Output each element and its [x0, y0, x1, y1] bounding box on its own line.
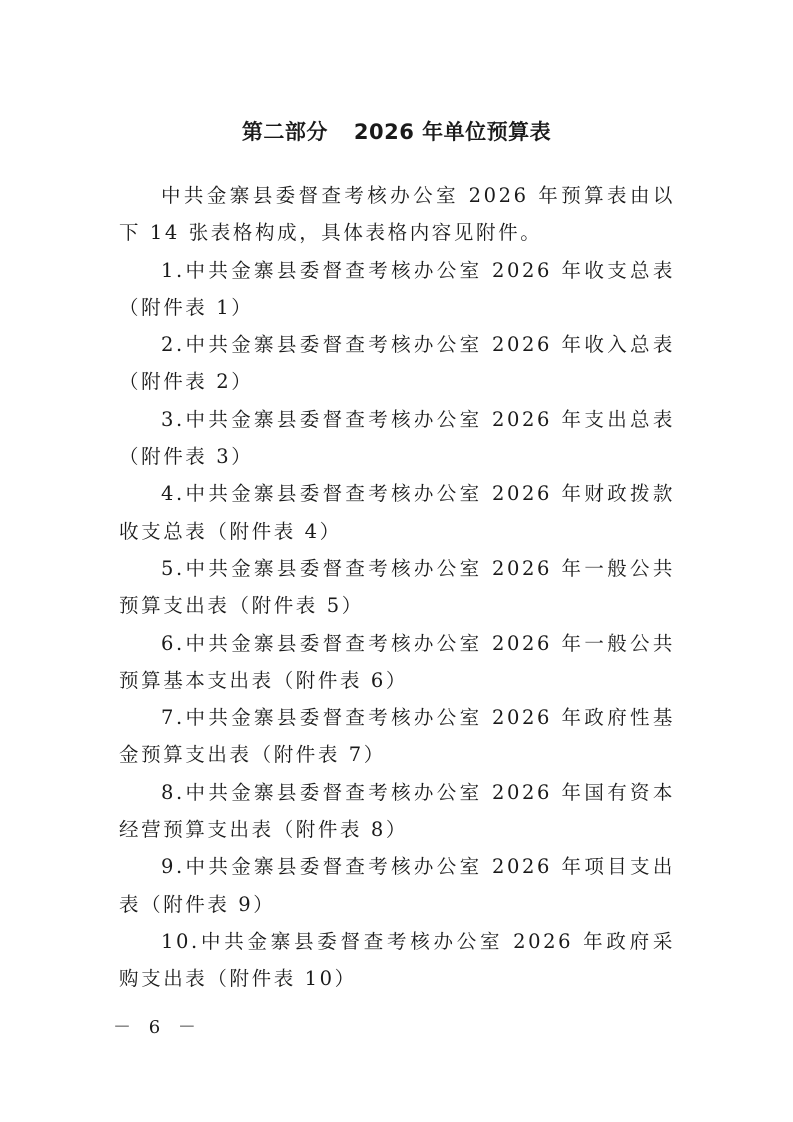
list-item: 4.中共金寨县委督查考核办公室 2026 年财政拨款收支总表（附件表 4） [119, 475, 675, 550]
list-item: 1.中共金寨县委督查考核办公室 2026 年收支总表（附件表 1） [119, 252, 675, 327]
list-item: 7.中共金寨县委督查考核办公室 2026 年政府性基金预算支出表（附件表 7） [119, 699, 675, 774]
list-item: 6.中共金寨县委督查考核办公室 2026 年一般公共预算基本支出表（附件表 6） [119, 625, 675, 700]
list-item: 8.中共金寨县委督查考核办公室 2026 年国有资本经营预算支出表（附件表 8） [119, 774, 675, 849]
list-item: 10.中共金寨县委督查考核办公室 2026 年政府采购支出表（附件表 10） [119, 923, 675, 998]
list-item: 2.中共金寨县委督查考核办公室 2026 年收入总表（附件表 2） [119, 326, 675, 401]
document-body: 中共金寨县委督查考核办公室 2026 年预算表由以下 14 张表格构成，具体表格… [119, 177, 675, 998]
title-main: 2026 年单位预算表 [354, 120, 551, 144]
title-part: 第二部分 [242, 120, 328, 144]
list-item: 5.中共金寨县委督查考核办公室 2026 年一般公共预算支出表（附件表 5） [119, 550, 675, 625]
page-number: － 6 － [113, 1014, 202, 1042]
intro-paragraph: 中共金寨县委督查考核办公室 2026 年预算表由以下 14 张表格构成，具体表格… [119, 177, 675, 252]
page-title: 第二部分2026 年单位预算表 [0, 114, 793, 150]
list-item: 3.中共金寨县委督查考核办公室 2026 年支出总表（附件表 3） [119, 401, 675, 476]
list-item: 9.中共金寨县委督查考核办公室 2026 年项目支出表（附件表 9） [119, 848, 675, 923]
